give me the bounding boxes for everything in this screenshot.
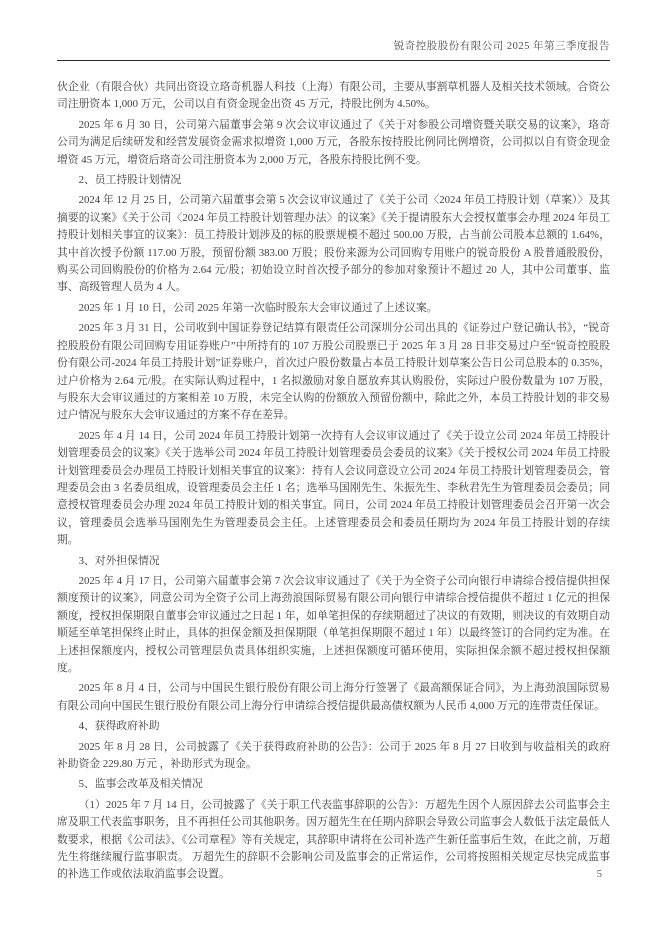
section-heading: 4、获得政府补助: [57, 718, 610, 735]
section-heading: 2、员工持股计划情况: [57, 172, 610, 189]
document-body: 伙企业（有限合伙）共同出资设立珞奇机器人科技（上海）有限公司，主要从事割草机器人…: [57, 79, 610, 887]
paragraph: 2025 年 4 月 14 日，公司 2024 年员工持股计划第一次持有人会议审…: [57, 428, 610, 550]
paragraph: 2025 年 4 月 17 日，公司第六届董事会第 7 次会议审议通过了《关于为…: [57, 573, 610, 677]
section-heading: 5、监事会改革及相关情况: [57, 776, 610, 793]
paragraph: 2025 年 8 月 4 日，公司与中国民生银行股份有限公司上海分行签署了《最高…: [57, 680, 610, 715]
paragraph: 2025 年 1 月 10 日，公司 2025 年第一次临时股东大会审议通过了上…: [57, 300, 610, 317]
page-number: 5: [597, 869, 602, 880]
section-heading: 3、对外担保情况: [57, 553, 610, 570]
report-title: 锐奇控股股份有限公司 2025 年第三季度报告: [394, 41, 610, 52]
paragraph: 2025 年 3 月 31 日，公司收到中国证券登记结算有限责任公司深圳分公司出…: [57, 320, 610, 424]
paragraph: 2025 年 6 月 30 日，公司第六届董事会第 9 次会议审议通过了《关于对…: [57, 117, 610, 169]
paragraph: 伙企业（有限合伙）共同出资设立珞奇机器人科技（上海）有限公司，主要从事割草机器人…: [57, 79, 610, 114]
paragraph: 2025 年 8 月 28 日，公司披露了《关于获得政府补助的公告》：公司于 2…: [57, 739, 610, 774]
paragraph: 2024 年 12 月 25 日，公司第六届董事会第 5 次会议审议通过了《关于…: [57, 192, 610, 296]
report-page: 锐奇控股股份有限公司 2025 年第三季度报告 伙企业（有限合伙）共同出资设立珞…: [0, 0, 662, 936]
paragraph: （1）2025 年 7 月 14 日，公司披露了《关于职工代表监事辞职的公告》：…: [57, 797, 610, 884]
page-header: 锐奇控股股份有限公司 2025 年第三季度报告: [57, 38, 610, 61]
